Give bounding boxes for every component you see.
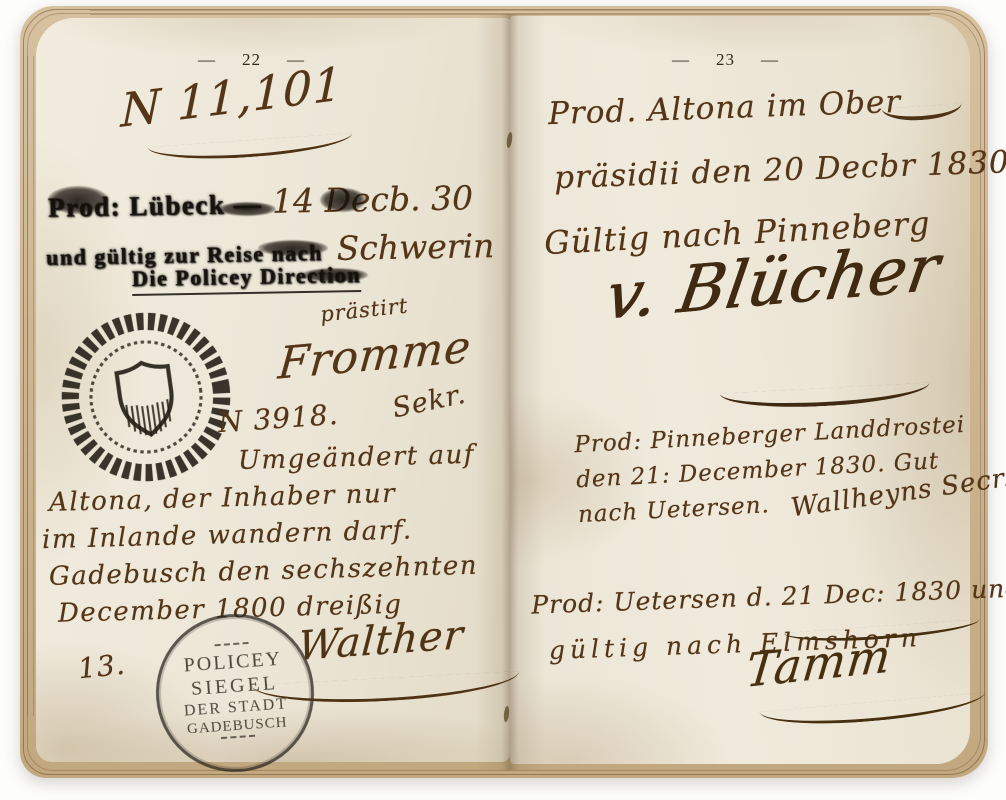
entry-pinneberg: Prod: Pinneberger Landdrostei den 21: De… — [574, 408, 970, 533]
passport-book: — 22 — N 11,101 Prod: Lübeck —14 Decb. 3… — [20, 6, 988, 778]
header-dash: — — [672, 50, 690, 70]
ink-blot — [48, 186, 108, 214]
transfer-note: Umgeändert auf Altona, der Inhaber nur i… — [40, 436, 511, 633]
stamp-ornament — [221, 735, 255, 744]
handwritten-date: 14 Decb. 30 — [272, 178, 474, 221]
ink-blot — [218, 202, 276, 216]
margin-mark: 13. — [76, 648, 127, 686]
ink-blot — [258, 240, 328, 256]
ink-blot — [320, 188, 366, 212]
stamp-line-prod-luebeck: Prod: Lübeck —14 Decb. 30 — [48, 178, 474, 224]
header-dash: — — [761, 50, 779, 70]
page-number-header: — 23 — — [672, 50, 779, 70]
photograph-background: — 22 — N 11,101 Prod: Lübeck —14 Decb. 3… — [0, 0, 1006, 800]
ink-blot — [302, 268, 368, 282]
page-number: 23 — [716, 50, 735, 70]
header-dash: — — [198, 50, 216, 70]
